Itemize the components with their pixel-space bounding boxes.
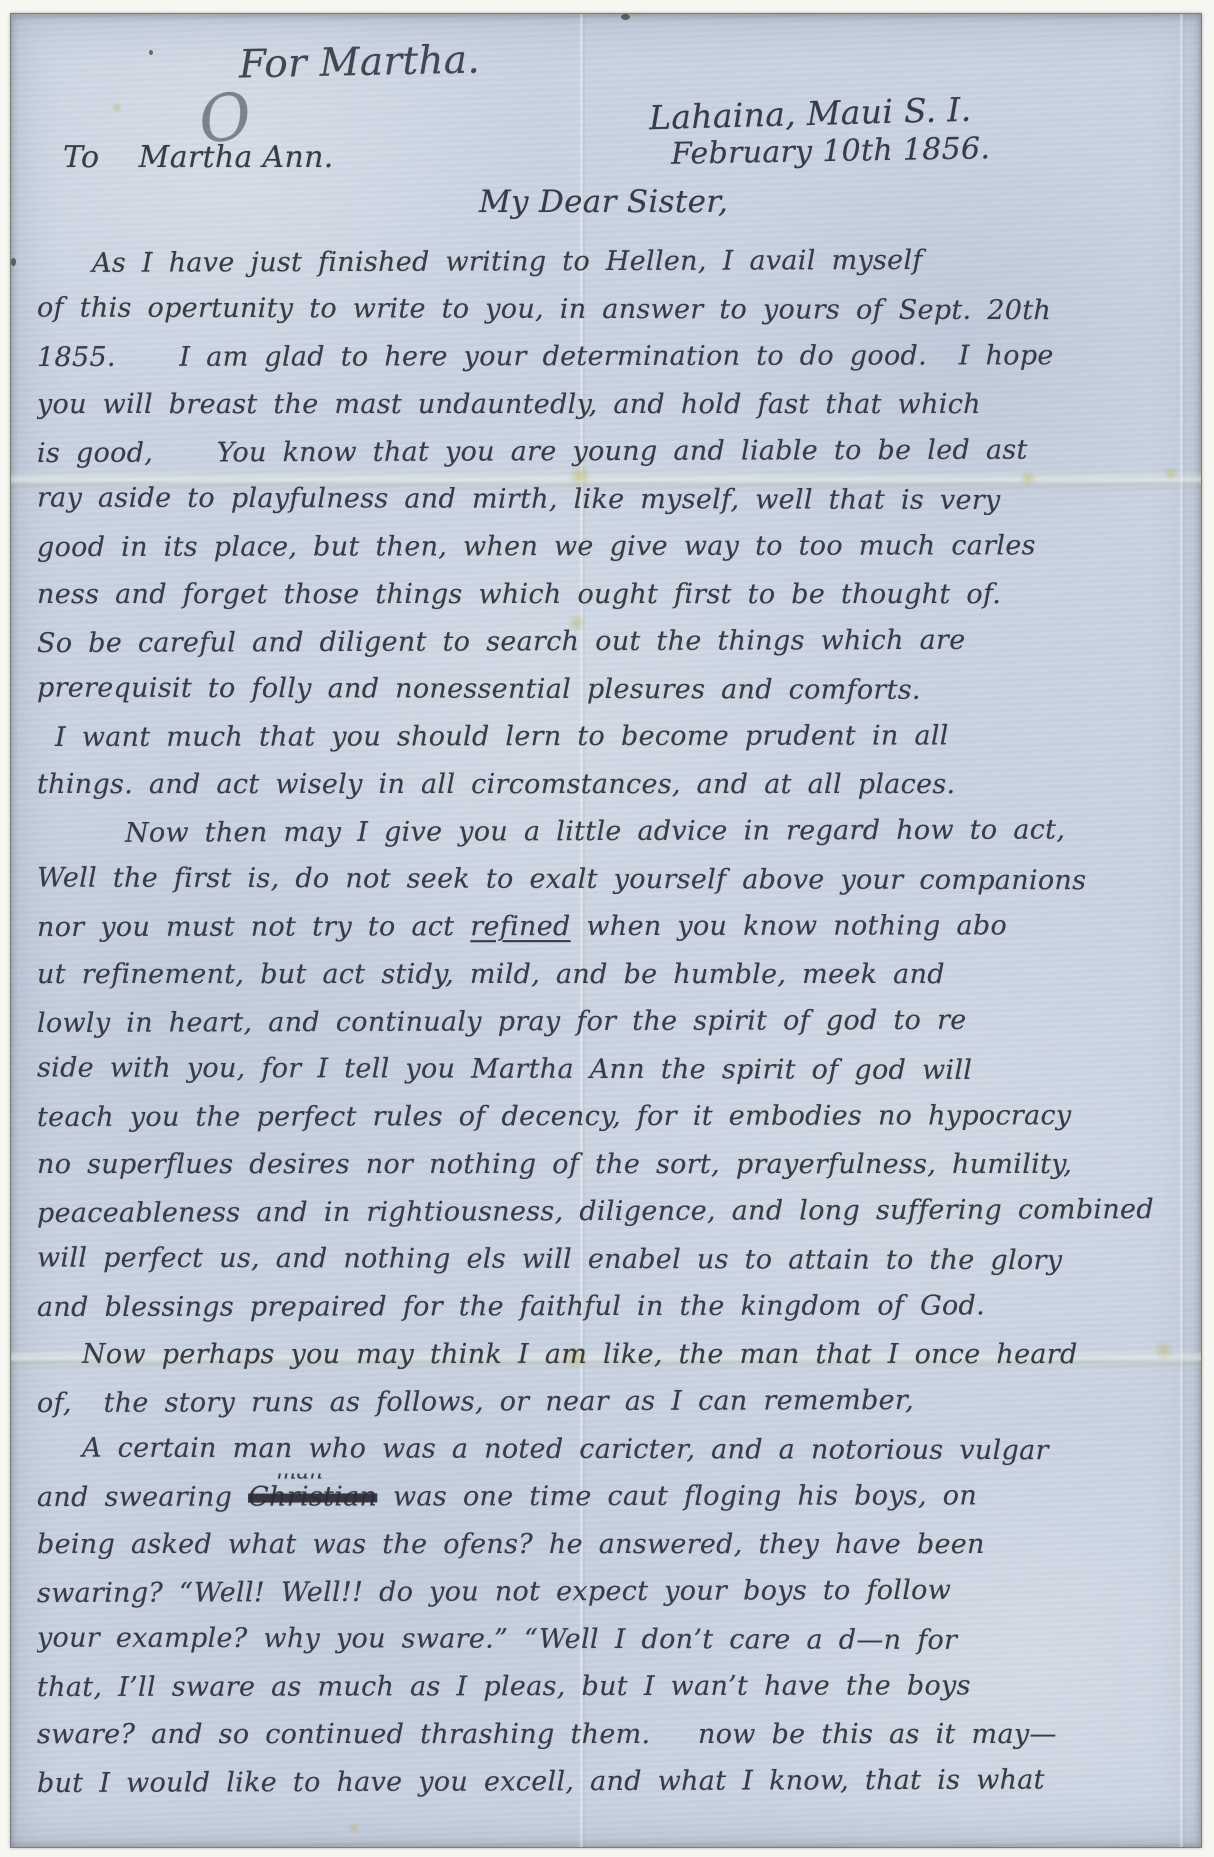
recipient-line: To Martha Ann. [63,140,334,175]
line-segment: Now perhaps you may think I am like, the… [82,1339,1078,1370]
letter-line: but I would like to have you excell, and… [37,1756,1187,1808]
scan-margin: { "colors": { "paper": "#c9d3e0", "ink":… [0,0,1214,1857]
line-segment: things. and act wisely in all circomstan… [37,769,955,800]
letter-paper: For Martha. O Lahaina, Maui S. I. To Mar… [10,13,1202,1848]
line-segment: and blessings prepaired for the faithful… [37,1290,985,1323]
letter-line: and blessings prepaired for the faithful… [37,1282,1187,1332]
line-segment: prerequisit to folly and nonessential pl… [37,672,921,705]
letter-line: good in its place, but then, when we giv… [37,522,1187,572]
line-segment: being asked what was the ofens? he answe… [37,1529,985,1560]
paper-speck [11,258,16,266]
line-segment: will perfect us, and nothing els will en… [37,1242,1062,1276]
line-segment: peaceableness and in rightiousness, dili… [37,1194,1154,1229]
line-segment: lowly in heart, and continualy pray for … [37,1005,967,1039]
letter-line: teach you the perfect rules of decency, … [37,1092,1187,1142]
line-segment: 1855. I am glad to here your determinati… [37,340,1054,373]
letter-line: A certain man who was a noted caricter, … [37,1424,1187,1475]
line-segment: teach you the perfect rules of decency, … [37,1100,1072,1133]
letter-line: 1855. I am glad to here your determinati… [37,332,1187,382]
letter-line: So be careful and diligent to search out… [37,616,1187,668]
letter-line: Now then may I give you a little advice … [37,806,1187,858]
letter-line: swaring? “Well! Well!! do you not expect… [37,1566,1187,1618]
line-segment: when you know nothing abo [571,910,1007,942]
line-segment: and swearing [37,1482,248,1513]
letter-line: of this opertunity to write to you, in a… [37,284,1187,335]
letter-line: Well the first is, do not seek to exalt … [37,854,1187,905]
letter-line: ness and forget those things which ought… [37,571,1187,619]
letter-line: is good, You know that you are young and… [37,426,1187,478]
line-segment: side with you, for I tell you Martha Ann… [37,1052,972,1085]
letter-line: I want much that you should lern to beco… [37,712,1187,762]
line-segment: As I have just finished writing to Helle… [92,245,923,279]
line-segment: ray aside to playfulness and mirth, like… [37,482,1001,516]
letter-line: that, I’ll sware as much as I pleas, but… [37,1662,1187,1712]
line-segment: A certain man who was a noted caricter, … [82,1432,1049,1466]
paper-speck [149,50,153,55]
letter-line: peaceableness and in rightiousness, dili… [37,1186,1187,1238]
letter-line: ut refinement, but act stidy, mild, and … [37,951,1187,999]
line-segment: no superflues desires nor nothing of the… [37,1149,1072,1180]
line-segment: Christianman [248,1473,377,1521]
line-segment: is good, You know that you are young and… [37,435,1028,469]
letter-line: things. and act wisely in all circomstan… [37,761,1187,809]
letter-line: As I have just finished writing to Helle… [37,236,1187,288]
letter-line: being asked what was the ofens? he answe… [37,1521,1187,1569]
line-segment: ness and forget those things which ought… [37,579,1001,610]
line-segment: was one time caut floging his boys, on [377,1480,977,1512]
letter-line: of, the story runs as follows, or near a… [37,1376,1187,1428]
line-segment: your example? why you sware.” “Well I do… [37,1622,957,1655]
letter-body: As I have just finished writing to Helle… [37,238,1187,1806]
line-segment: Now then may I give you a little advice … [125,814,1065,848]
letter-line: ray aside to playfulness and mirth, like… [37,474,1187,525]
salutation: My Dear Sister, [479,184,728,220]
letter-line: and swearing Christianman was one time c… [37,1472,1187,1522]
line-segment: swaring? “Well! Well!! do you not expect… [37,1575,951,1609]
letter-line: no superflues desires nor nothing of the… [37,1141,1187,1189]
stain [347,1822,361,1834]
letter-line: Now perhaps you may think I am like, the… [37,1331,1187,1379]
line-segment: refined [470,911,570,942]
line-segment: Well the first is, do not seek to exalt … [37,862,1086,896]
date-line: February 10th 1856. [671,131,991,172]
letter-line: nor you must not try to act refined when… [37,902,1187,952]
letter-line: you will breast the mast undauntedly, an… [37,381,1187,429]
letter-line: will perfect us, and nothing els will en… [37,1234,1187,1285]
line-segment: I want much that you should lern to beco… [55,720,949,753]
line-segment: sware? and so continued thrashing them. … [37,1719,1057,1750]
line-segment: So be careful and diligent to search out… [37,625,966,659]
inserted-word: man [276,1472,323,1496]
letter-line: side with you, for I tell you Martha Ann… [37,1044,1187,1095]
letter-line: your example? why you sware.” “Well I do… [37,1614,1187,1665]
line-segment: good in its place, but then, when we giv… [37,530,1036,563]
line-segment: nor you must not try to act [37,911,470,943]
line-segment: you will breast the mast undauntedly, an… [37,389,981,420]
letter-line: prerequisit to folly and nonessential pl… [37,664,1187,715]
paper-speck [621,14,630,20]
line-segment: but I would like to have you excell, and… [37,1764,1045,1799]
letter-line: sware? and so continued thrashing them. … [37,1711,1187,1759]
place-line: Lahaina, Maui S. I. [649,90,972,137]
line-segment: of, the story runs as follows, or near a… [37,1385,914,1419]
line-segment: that, I’ll sware as much as I pleas, but… [37,1670,971,1703]
line-segment: ut refinement, but act stidy, mild, and … [37,959,945,990]
docket-note: For Martha. [239,37,481,87]
letter-line: lowly in heart, and continualy pray for … [37,996,1187,1048]
line-segment: of this opertunity to write to you, in a… [37,292,1051,326]
stain [111,102,123,113]
